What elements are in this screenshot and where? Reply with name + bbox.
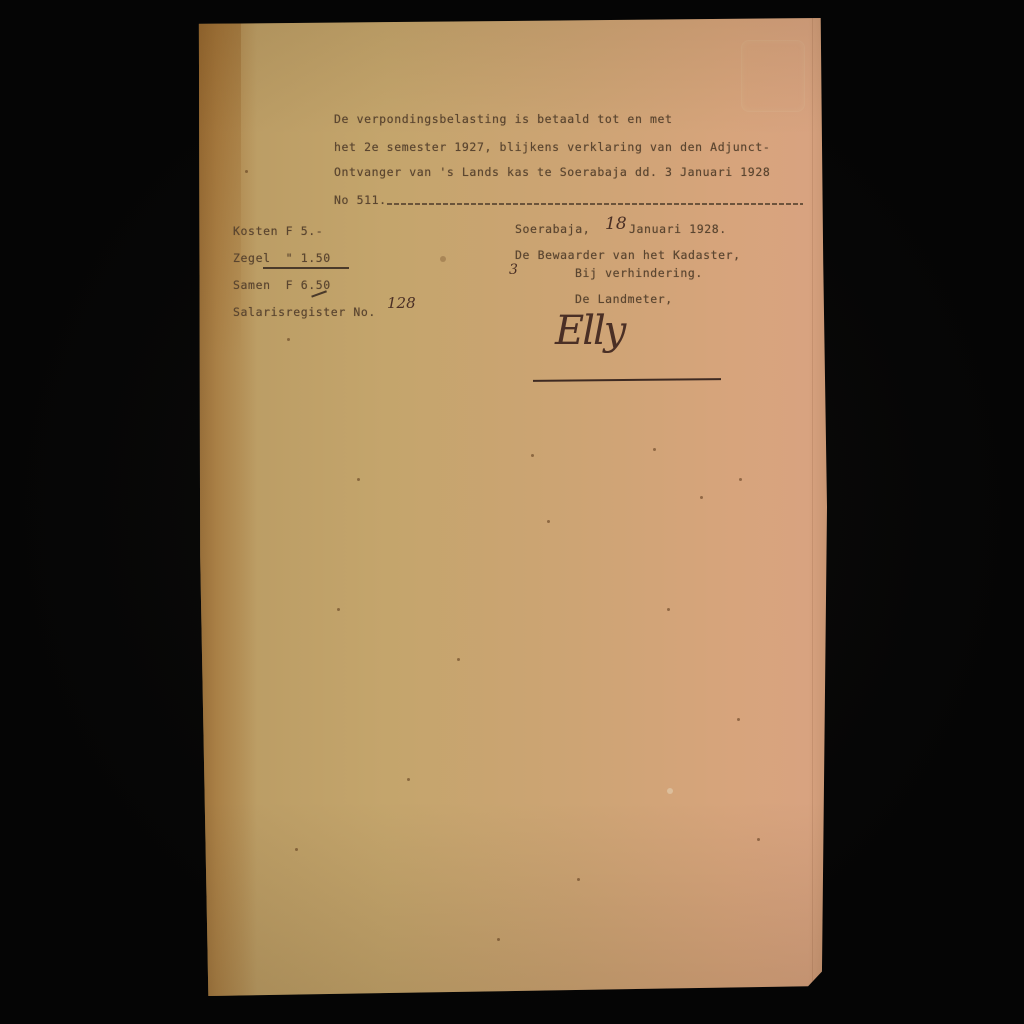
paper-speck: [357, 478, 360, 481]
paragraph-line-2: het 2e semester 1927, blijkens verklarin…: [334, 140, 770, 154]
photo-stage: De verpondingsbelasting is betaald tot e…: [0, 0, 1024, 1024]
authority-line-3: De Landmeter,: [575, 292, 673, 306]
paper-speck: [287, 338, 290, 341]
dashed-rule: [387, 203, 803, 205]
paper-speck: [547, 520, 550, 523]
paper-speck: [577, 878, 580, 881]
embossed-stamp: [741, 40, 805, 112]
place-text: Soerabaja,: [515, 222, 590, 236]
signature-underline: [533, 378, 721, 381]
margin-mark: 3: [509, 262, 518, 278]
zegel-line: Zegel " 1.50: [233, 251, 331, 265]
paper-speck: [653, 448, 656, 451]
paper-speck: [497, 938, 500, 941]
paper-speck: [757, 838, 760, 841]
salarisregister-number: 128: [387, 294, 416, 312]
paper-speck: [457, 658, 460, 661]
paragraph-line-3: Ontvanger van 's Lands kas te Soerabaja …: [334, 165, 770, 179]
date-day: 18: [605, 214, 627, 234]
paper-speck: [245, 170, 248, 173]
paper-speck: [295, 848, 298, 851]
signature: Elly: [555, 308, 624, 354]
paper-speck: [700, 496, 703, 499]
fold-line: [812, 18, 813, 996]
date-month-year: Januari 1928.: [629, 222, 727, 236]
kosten-line: Kosten F 5.-: [233, 224, 323, 238]
paper-speck: [667, 608, 670, 611]
paper-speck: [407, 778, 410, 781]
paper-speck: [337, 608, 340, 611]
document-sheet: De verpondingsbelasting is betaald tot e…: [197, 18, 827, 996]
authority-line-2: Bij verhindering.: [575, 266, 703, 280]
authority-line-1: De Bewaarder van het Kadaster,: [515, 248, 741, 262]
paragraph-line-1: De verpondingsbelasting is betaald tot e…: [334, 112, 673, 126]
salarisregister-label: Salarisregister No.: [233, 305, 376, 319]
zegel-underline: [263, 267, 349, 269]
paragraph-line-4: No 511.: [334, 193, 387, 207]
paper-speck: [739, 478, 742, 481]
paper-speck: [667, 788, 673, 794]
paper-speck: [440, 256, 446, 262]
paper-speck: [737, 718, 740, 721]
samen-line: Samen F 6.50: [233, 278, 331, 292]
paper-speck: [531, 454, 534, 457]
